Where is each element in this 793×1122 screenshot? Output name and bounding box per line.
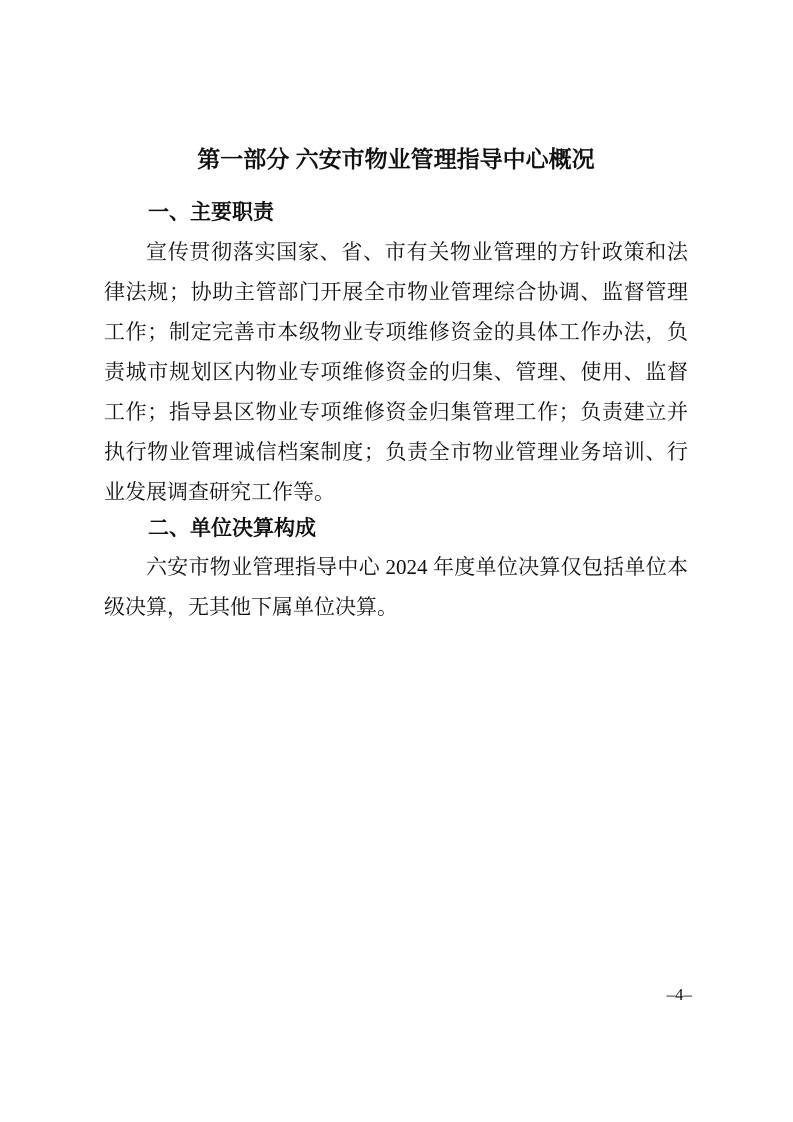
document-page: 第一部分 六安市物业管理指导中心概况 一、主要职责 宣传贯彻落实国家、省、市有关… — [0, 0, 793, 1122]
section-2-heading: 二、单位决算构成 — [148, 516, 688, 542]
section-2-heading-rest: 决算构成 — [232, 517, 316, 540]
document-content: 第一部分 六安市物业管理指导中心概况 一、主要职责 宣传贯彻落实国家、省、市有关… — [104, 0, 688, 627]
section-2-paragraph: 六安市物业管理指导中心 2024 年度单位决算仅包括单位本级决算，无其他下属单位… — [104, 547, 688, 627]
section-2-heading-emphasis: 二、单位 — [148, 517, 232, 540]
document-title: 第一部分 六安市物业管理指导中心概况 — [104, 144, 688, 174]
section-1-paragraph: 宣传贯彻落实国家、省、市有关物业管理的方针政策和法律法规；协助主管部门开展全市物… — [104, 232, 688, 512]
page-number: –4– — [667, 984, 693, 1006]
section-1-heading: 一、主要职责 — [148, 200, 688, 226]
